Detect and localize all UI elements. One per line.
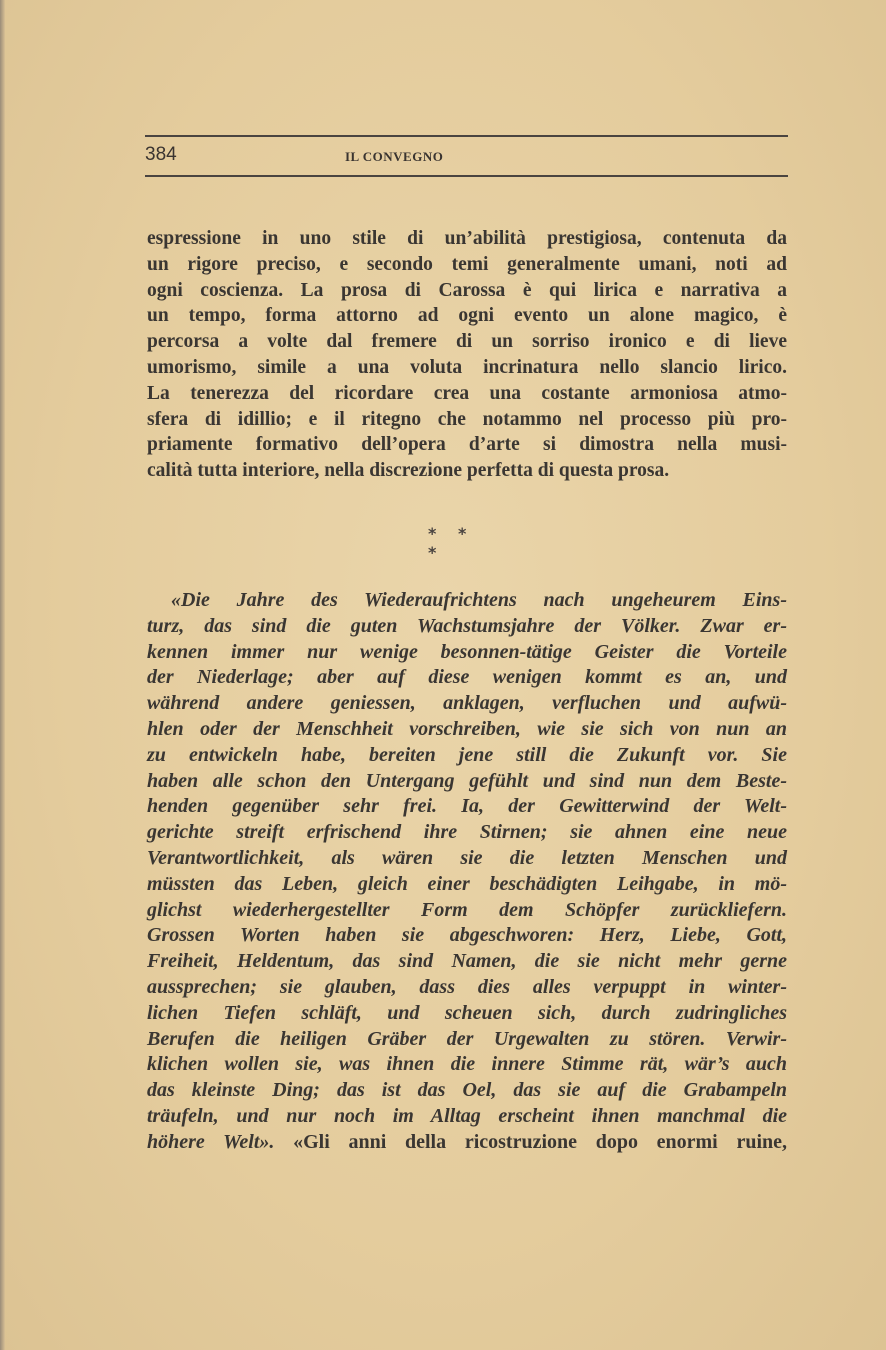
quote-line: henden gegenüber sehr frei. Ia, der Gewi… [147,794,787,820]
section-separator-asterisks: * * * [428,524,488,562]
quote-line: Berufen die heiligen Gräber der Urgewalt… [147,1027,787,1053]
quote-line: müssten das Leben, gleich einer beschädi… [147,872,787,898]
quote-line: turz, das sind die guten Wachstumsjahre … [147,614,787,640]
journal-title: IL CONVEGNO [345,149,443,165]
text-line: umorismo, simile a una voluta incrinatur… [147,355,787,381]
quote-line: hlen oder der Menschheit vorschreiben, w… [147,717,787,743]
quote-line: der Niederlage; aber auf diese wenigen k… [147,665,787,691]
text-line: calità tutta interiore, nella discrezion… [147,458,787,484]
quote-line: haben alle schon den Untergang gefühlt u… [147,769,787,795]
quote-line: zu entwickeln habe, bereiten jene still … [147,743,787,769]
book-page: 384 IL CONVEGNO espressione in uno stile… [0,0,886,1350]
quote-line: Verantwortlichkeit, als wären sie die le… [147,846,787,872]
quote-end-italic: höhere Welt». [147,1131,274,1153]
text-line: un tempo, forma attorno ad ogni evento u… [147,303,787,329]
quote-line: klichen wollen sie, was ihnen die innere… [147,1052,787,1078]
quote-line: Freiheit, Heldentum, das sind Namen, die… [147,949,787,975]
quote-line: kennen immer nur wenige besonnen-tätige … [147,640,787,666]
german-quotation: «Die Jahre des Wiederaufrichtens nach un… [147,588,787,1156]
header-bottom-rule [145,175,788,177]
quote-line: aussprechen; sie glauben, dass dies alle… [147,975,787,1001]
text-line: ogni coscienza. La prosa di Carossa è qu… [147,278,787,304]
quote-line: glichst wiederhergestellter Form dem Sch… [147,898,787,924]
quote-line: träufeln, und nur noch im Alltag erschei… [147,1104,787,1130]
quote-line: während andere geniessen, anklagen, verf… [147,691,787,717]
text-line: La tenerezza del ricordare crea una cost… [147,381,787,407]
header-top-rule [145,135,788,137]
text-line: espressione in uno stile di un’abilità p… [147,226,787,252]
text-line: percorsa a volte dal fremere di un sorri… [147,329,787,355]
text-line: sfera di idillio; e il ritegno che notam… [147,407,787,433]
quote-line: lichen Tiefen schläft, und scheuen sich,… [147,1001,787,1027]
page-edge-shadow [0,0,5,1350]
quote-line: das kleinste Ding; das ist das Oel, das … [147,1078,787,1104]
quote-line: gerichte streift erfrischend ihre Stirne… [147,820,787,846]
page-number: 384 [145,144,177,166]
quote-line: «Die Jahre des Wiederaufrichtens nach un… [147,588,787,614]
text-line: un rigore preciso, e secondo temi genera… [147,252,787,278]
text-line: priamente formativo dell’opera d’arte si… [147,432,787,458]
quote-line-final: höhere Welt». «Gli anni della ricostruzi… [147,1130,787,1156]
italian-translation-start: «Gli anni della ricostruzione dopo enorm… [274,1131,787,1153]
running-header: 384 IL CONVEGNO [145,135,788,177]
quote-line: Grossen Worten haben sie abgeschworen: H… [147,923,787,949]
paragraph-carossa-prose: espressione in uno stile di un’abilità p… [147,226,787,484]
